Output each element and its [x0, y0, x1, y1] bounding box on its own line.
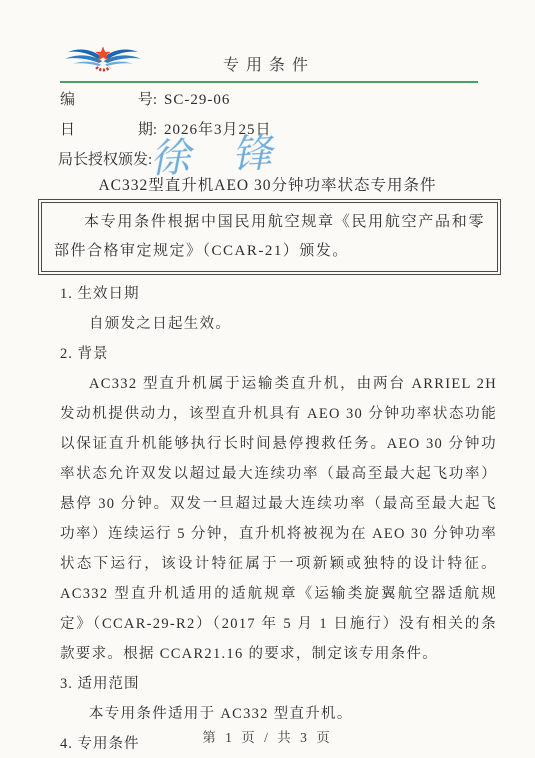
doc-number-row: 编 号: SC-29-06	[60, 85, 535, 115]
doc-number-value: SC-29-06	[164, 85, 230, 115]
document-body: 1. 生效日期 自颁发之日起生效。 2. 背景 AC332 型直升机属于运输类直…	[60, 279, 497, 758]
header-title: 专用条件	[60, 52, 478, 75]
doc-number-label-second: 号:	[138, 85, 157, 115]
section-2-paragraph: AC332 型直升机属于运输类直升机，由两台 ARRIEL 2H 发动机提供动力…	[60, 369, 497, 669]
section-2-heading: 2. 背景	[60, 339, 497, 369]
issuance-notice-text: 本专用条件根据中国民用航空规章《民用航空产品和零部件合格审定规定》（CCAR-2…	[54, 208, 485, 266]
section-1-paragraph: 自颁发之日起生效。	[60, 309, 497, 339]
document-title: AC332型直升机AEO 30分钟功率状态专用条件	[0, 175, 535, 197]
director-signature: 徐 锋	[149, 129, 289, 182]
document-header: 专用条件	[60, 0, 478, 83]
section-3-paragraph: 本专用条件适用于 AC332 型直升机。	[60, 699, 497, 729]
document-page: 专用条件 编 号: SC-29-06 日 期: 2026年3月25日 局长授权颁…	[0, 0, 535, 758]
meta-block: 编 号: SC-29-06 日 期: 2026年3月25日	[60, 85, 535, 145]
section-1-heading: 1. 生效日期	[60, 279, 497, 309]
doc-number-label-first: 编	[60, 85, 75, 115]
issuer-row: 局长授权颁发: 徐 锋	[58, 145, 535, 175]
issuer-label: 局长授权颁发:	[58, 152, 152, 168]
doc-date-label-first: 日	[60, 115, 75, 145]
section-3-heading: 3. 适用范围	[60, 669, 497, 699]
page-number-footer: 第 1 页 / 共 3 页	[0, 726, 535, 746]
doc-number-label: 编 号:	[60, 85, 157, 115]
doc-date-row: 日 期: 2026年3月25日	[60, 115, 535, 145]
doc-date-label: 日 期:	[60, 115, 157, 145]
issuance-notice-box: 本专用条件根据中国民用航空规章《民用航空产品和零部件合格审定规定》（CCAR-2…	[38, 199, 501, 275]
